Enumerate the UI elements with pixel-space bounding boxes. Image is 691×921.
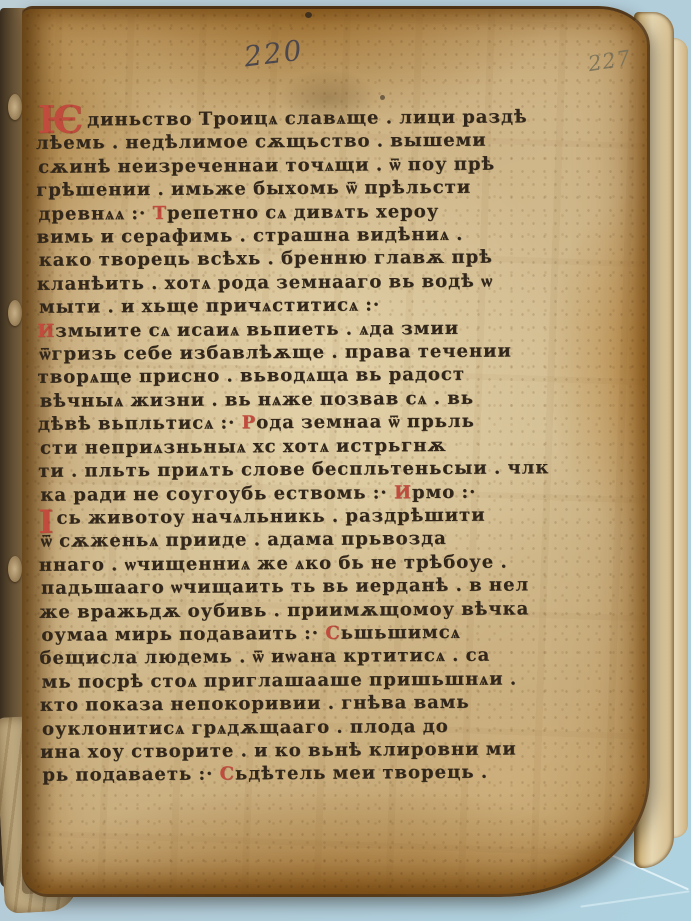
text-line: како творець всѣхь . бренню главѫ прѣ — [39, 246, 561, 273]
sewing-station — [8, 556, 22, 582]
table-scratch — [580, 890, 689, 907]
rubric-initial: Р — [242, 413, 257, 434]
line-text: змыите сѧ исаиѧ вьпиеть . ѧда змии — [55, 318, 459, 342]
ink-speck — [305, 12, 312, 18]
rubric-initial: И — [394, 482, 412, 503]
sewing-station — [8, 94, 22, 120]
rubric-initial: Ѥ — [38, 96, 85, 141]
line-text: творѧще присно . вьводѧща вь радост — [37, 364, 465, 388]
text-line: Ѥдиньство Троицѧ славѧще . лици раздѣ — [38, 105, 560, 132]
line-text: ьшьшимсѧ — [341, 622, 461, 644]
text-block: Ѥдиньство Троицѧ славѧще . лици раздѣлѣе… — [36, 105, 563, 787]
rubric-initial: И — [37, 320, 55, 341]
line-text: сѫинѣ неизреченнаи точѧщи . ѿ поу прѣ — [38, 153, 495, 177]
line-text: мь посрѣ стоѧ приглашааше пришьшнѧи . — [42, 668, 518, 692]
line-text: рь подаваеть :· — [42, 764, 220, 786]
line-text: оумаа мирь подаваить :· — [41, 623, 325, 646]
text-line: оумаа мирь подаваить :· Сьшьшимсѧ — [41, 620, 563, 647]
line-text: вѣчныѧ жизни . вь нѧже позвав сѧ . вь — [40, 388, 474, 412]
text-line: древнѧѧ :· Трепетно сѧ дивѧть хероу — [38, 199, 560, 226]
line-text: ѿгризь себе избавлѣѫще . права течении — [39, 341, 512, 365]
line-text: ти . пльть приѧть слове беспльтеньсыи . … — [38, 457, 549, 482]
text-line: вѣчныѧ жизни . вь нѧже позвав сѧ . вь — [40, 386, 562, 413]
line-text: древнѧѧ :· — [38, 203, 152, 225]
line-text: како творець всѣхь . бренню главѫ прѣ — [39, 247, 493, 271]
line-text: же вражьдѫ оубивь . приимѫщомоу вѣчка — [39, 598, 529, 622]
folio-number-corner: 227 — [586, 46, 632, 76]
sewing-station — [8, 300, 22, 326]
line-text: оуклонитисѧ грѧдѫщааго . плода до — [42, 716, 449, 740]
line-text: вимь и серафимь . страшна видѣниѧ . — [36, 224, 463, 248]
text-line: падьшааго ѡчищаить ть вь иерданѣ . в нел — [41, 573, 563, 600]
rubric-initial: С — [325, 623, 340, 644]
parchment-page: 220 227 Ѥдиньство Троицѧ славѧще . лици … — [22, 6, 650, 897]
line-text: лѣемь . недѣлимое сѫщьство . вышеми — [36, 130, 487, 154]
text-line: мыти . и хьще причѧститисѧ :· — [39, 292, 561, 319]
line-text: грѣшении . имьже быхомь ѿ прѣльсти — [36, 177, 471, 201]
line-text: рмо :· — [412, 481, 477, 502]
ink-speck — [380, 95, 385, 100]
manuscript-photo: 220 227 Ѥдиньство Троицѧ славѧще . лици … — [0, 0, 691, 921]
line-text: бещисла людемь . ѿ иѡана кртитисѧ . са — [39, 645, 490, 669]
line-text: дѣвѣ вьпльтисѧ :· — [38, 413, 242, 435]
line-text: кто показа непокоривии . гнѣва вамь — [40, 692, 470, 716]
line-text: сь животоу начѧльникь . раздрѣшити — [56, 505, 485, 529]
text-line: ка ради не соугоубь ествомь :· Ирмо :· — [40, 480, 562, 507]
line-text: ода земнаа ѿ прьль — [256, 411, 475, 434]
line-text: мыти . и хьще причѧститисѧ :· — [39, 295, 380, 318]
rubric-initial: Т — [152, 203, 167, 224]
text-line: оуклонитисѧ грѧдѫщааго . плода до — [42, 714, 564, 741]
text-line: сѫинѣ неизреченнаи точѧщи . ѿ поу прѣ — [38, 152, 560, 179]
rubric-initial: С — [220, 764, 235, 785]
line-text: ьдѣтель меи творець . — [235, 762, 488, 785]
line-text: ка ради не соугоубь ествомь :· — [40, 482, 394, 505]
line-text: ина хоу створите . и ко вьнѣ клировни ми — [40, 738, 517, 762]
line-text: диньство Троицѧ славѧще . лици раздѣ — [87, 106, 528, 130]
text-line: рь подаваеть :· Сьдѣтель меи творець . — [42, 761, 564, 788]
text-line: сти неприѧзньныѧ хс хотѧ истрьгнѫ — [40, 433, 562, 460]
line-text: падьшааго ѡчищаить ть вь иерданѣ . в нел — [41, 575, 529, 599]
text-line: ѿ сѫженьѧ прииде . адама прьвозда — [41, 526, 563, 553]
line-text: репетно сѧ дивѧть хероу — [167, 201, 439, 224]
folio-number-center: 220 — [242, 34, 305, 74]
line-text: сти неприѧзньныѧ хс хотѧ истрьгнѫ — [40, 435, 447, 459]
line-text: ннаго . ѡчищенниѧ же ѧко бь не трѣбоуе . — [39, 551, 508, 575]
line-text: ѿ сѫженьѧ прииде . адама прьвозда — [41, 528, 447, 552]
text-line: ѿгризь себе избавлѣѫще . права течении — [39, 339, 561, 366]
text-line: мь посрѣ стоѧ приглашааше пришьшнѧи . — [42, 667, 564, 694]
line-text: кланѣить . хотѧ рода земнааго вь водѣ ѡ — [37, 270, 493, 294]
